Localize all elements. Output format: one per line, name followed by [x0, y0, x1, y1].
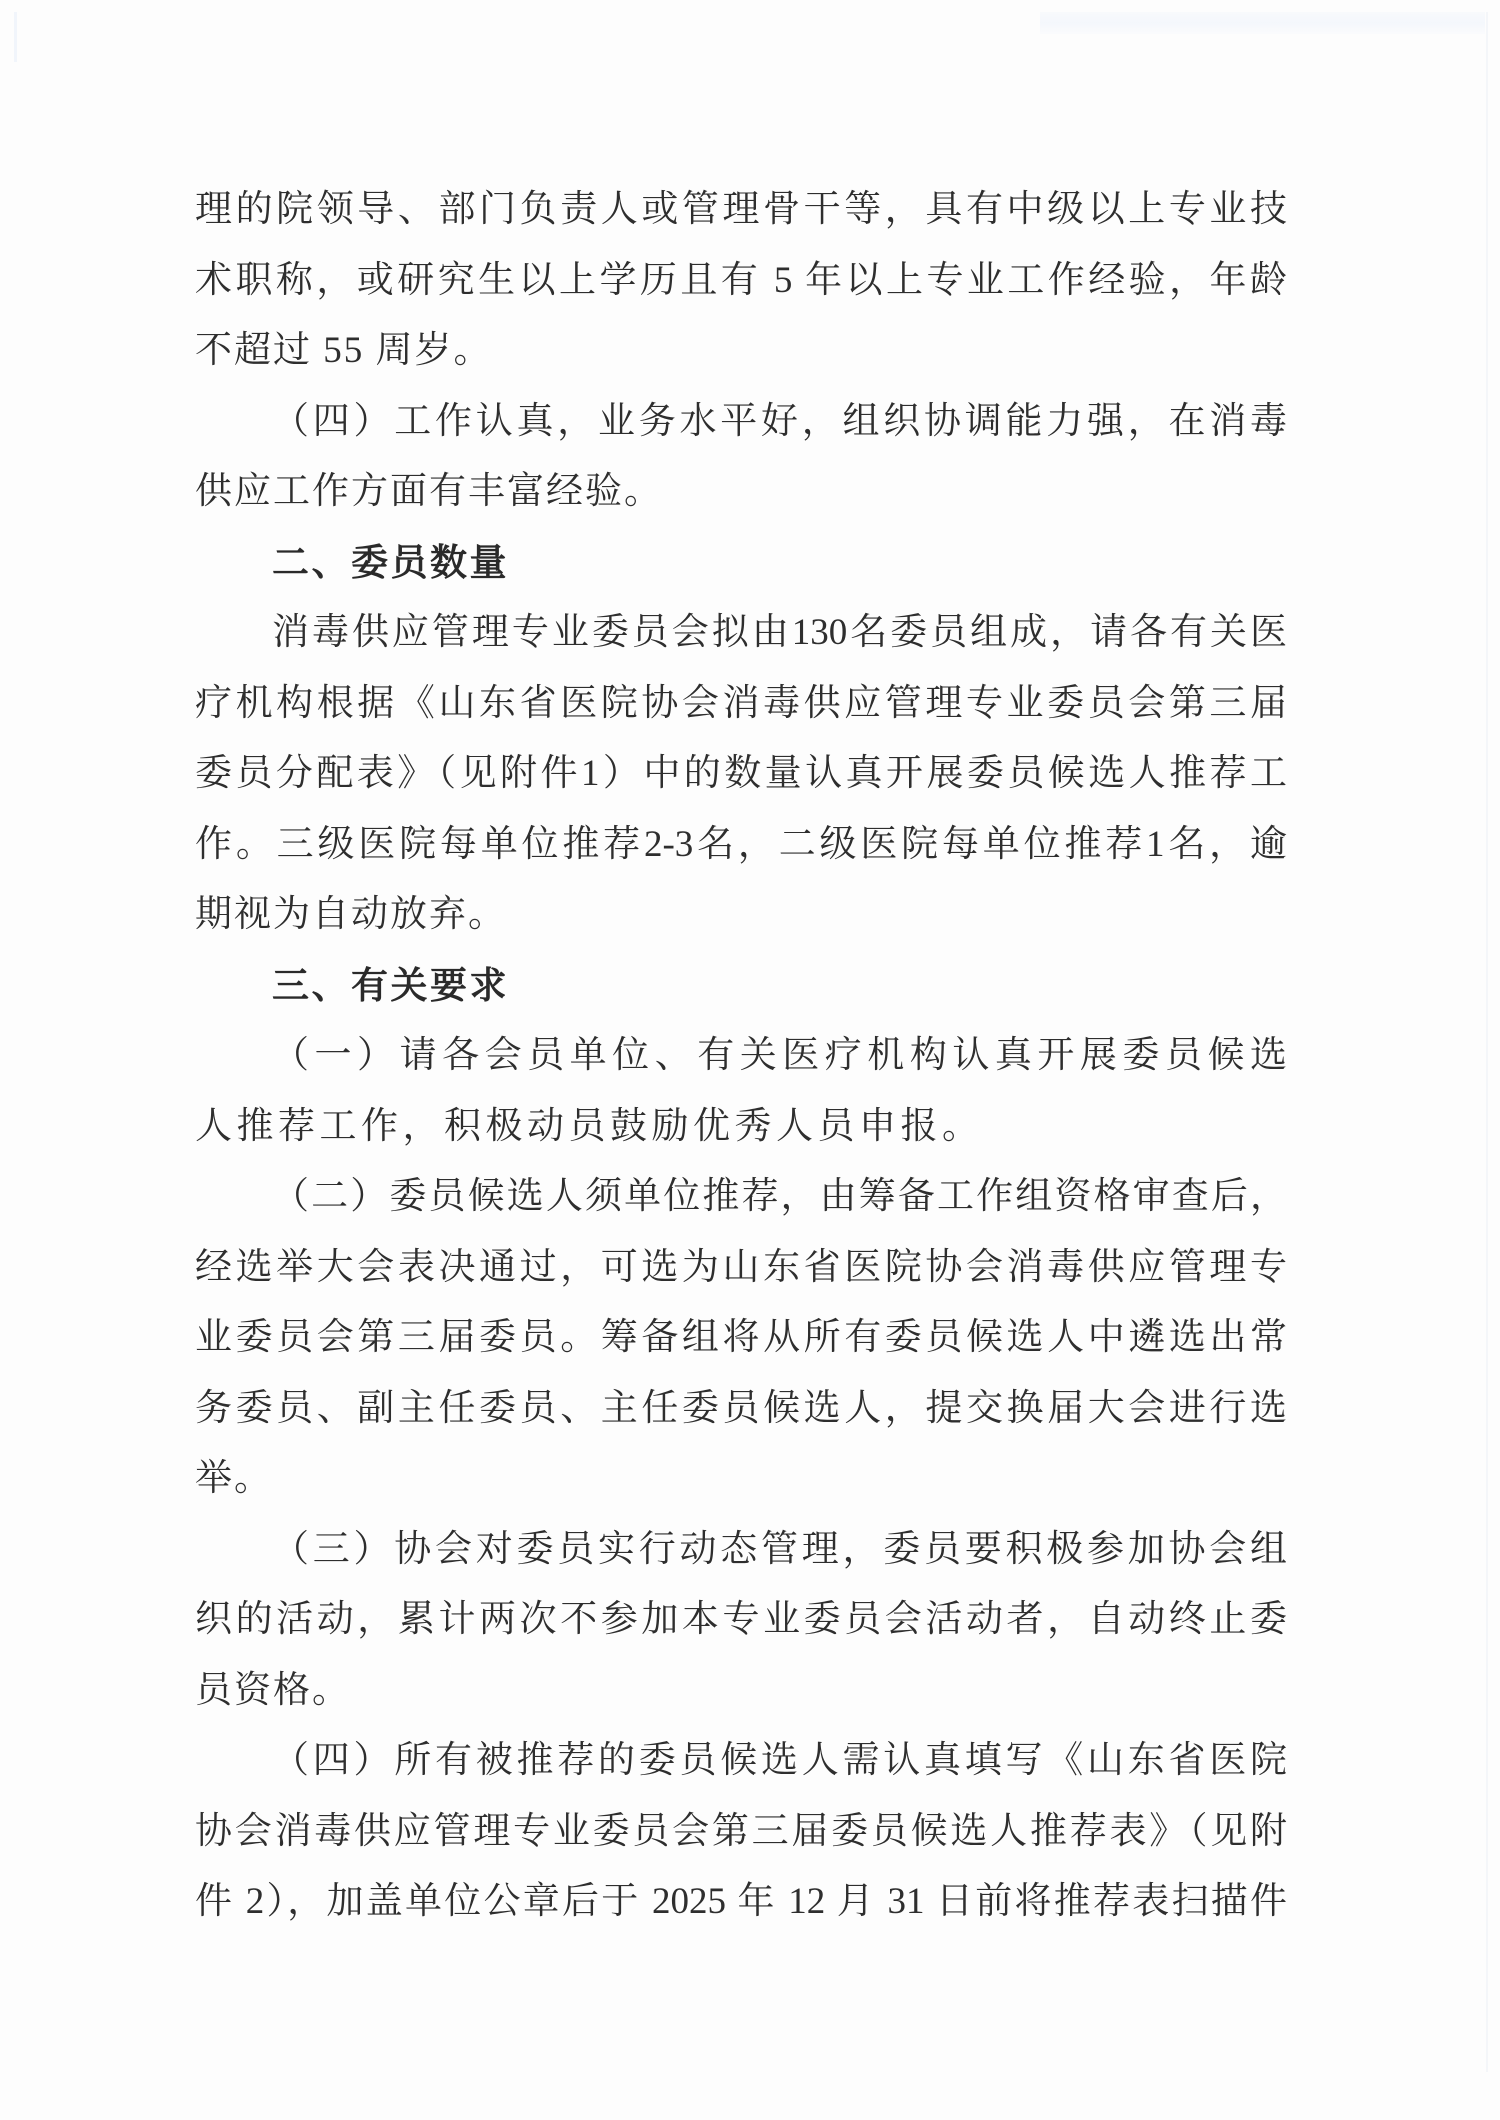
text-line: 消毒供应管理专业委员会拟由130名委员组成，请各有关医 — [195, 598, 1287, 669]
paragraph-requirement-4: （四）所有被推荐的委员候选人需认真填写《山东省医院 协会消毒供应管理专业委员会第… — [195, 1726, 1287, 1938]
text-line: 委员分配表》（见附件1）中的数量认真开展委员候选人推荐工 — [195, 739, 1287, 810]
section-heading-member-count: 二、委员数量 — [195, 528, 1287, 599]
paragraph-requirement-3: （三）协会对委员实行动态管理，委员要积极参加协会组 织的活动，累计两次不参加本专… — [195, 1515, 1287, 1727]
text-line: 务委员、副主任委员、主任委员候选人，提交换届大会进行选 — [195, 1374, 1287, 1445]
text-line: 协会消毒供应管理专业委员会第三届委员候选人推荐表》（见附 — [195, 1797, 1287, 1868]
paragraph-member-count: 消毒供应管理专业委员会拟由130名委员组成，请各有关医 疗机构根据《山东省医院协… — [195, 598, 1287, 951]
text-line: 供应工作方面有丰富经验。 — [195, 457, 1287, 528]
section-heading-requirements: 三、有关要求 — [195, 951, 1287, 1022]
text-line: 举。 — [195, 1444, 1287, 1515]
text-line: 织的活动，累计两次不参加本专业委员会活动者，自动终止委 — [195, 1585, 1287, 1656]
text-line: 件 2），加盖单位公章后于 2025 年 12 月 31 日前将推荐表扫描件 — [195, 1867, 1287, 1938]
scan-edge-artifact — [14, 12, 17, 62]
scan-edge-artifact — [1486, 12, 1488, 2072]
text-line: （四）所有被推荐的委员候选人需认真填写《山东省医院 — [195, 1726, 1287, 1797]
paragraph-requirement-2: （二）委员候选人须单位推荐，由筹备工作组资格审查后， 经选举大会表决通过，可选为… — [195, 1162, 1287, 1515]
paragraph-qualification-4: （四）工作认真，业务水平好，组织协调能力强，在消毒 供应工作方面有丰富经验。 — [195, 387, 1287, 528]
text-line: 期视为自动放弃。 — [195, 880, 1287, 951]
text-line: 员资格。 — [195, 1656, 1287, 1727]
text-line: 人推荐工作，积极动员鼓励优秀人员申报。 — [195, 1092, 1287, 1163]
text-line: 术职称，或研究生以上学历且有 5 年以上专业工作经验，年龄 — [195, 246, 1287, 317]
text-line: 理的院领导、部门负责人或管理骨干等，具有中级以上专业技 — [195, 175, 1287, 246]
text-line: 作。三级医院每单位推荐2-3名，二级医院每单位推荐1名，逾 — [195, 810, 1287, 881]
text-line: 不超过 55 周岁。 — [195, 316, 1287, 387]
scan-edge-artifact — [1040, 12, 1485, 34]
text-line: （四）工作认真，业务水平好，组织协调能力强，在消毒 — [195, 387, 1287, 458]
text-line: 业委员会第三届委员。筹备组将从所有委员候选人中遴选出常 — [195, 1303, 1287, 1374]
text-line: 疗机构根据《山东省医院协会消毒供应管理专业委员会第三届 — [195, 669, 1287, 740]
paragraph-requirement-1: （一）请各会员单位、有关医疗机构认真开展委员候选 人推荐工作，积极动员鼓励优秀人… — [195, 1021, 1287, 1162]
document-page: 理的院领导、部门负责人或管理骨干等，具有中级以上专业技 术职称，或研究生以上学历… — [0, 0, 1500, 2120]
text-line: （一）请各会员单位、有关医疗机构认真开展委员候选 — [195, 1021, 1287, 1092]
document-body: 理的院领导、部门负责人或管理骨干等，具有中级以上专业技 术职称，或研究生以上学历… — [195, 175, 1287, 1938]
paragraph-qualification-continued: 理的院领导、部门负责人或管理骨干等，具有中级以上专业技 术职称，或研究生以上学历… — [195, 175, 1287, 387]
text-line: （二）委员候选人须单位推荐，由筹备工作组资格审查后， — [195, 1162, 1287, 1233]
text-line: （三）协会对委员实行动态管理，委员要积极参加协会组 — [195, 1515, 1287, 1586]
text-line: 经选举大会表决通过，可选为山东省医院协会消毒供应管理专 — [195, 1233, 1287, 1304]
